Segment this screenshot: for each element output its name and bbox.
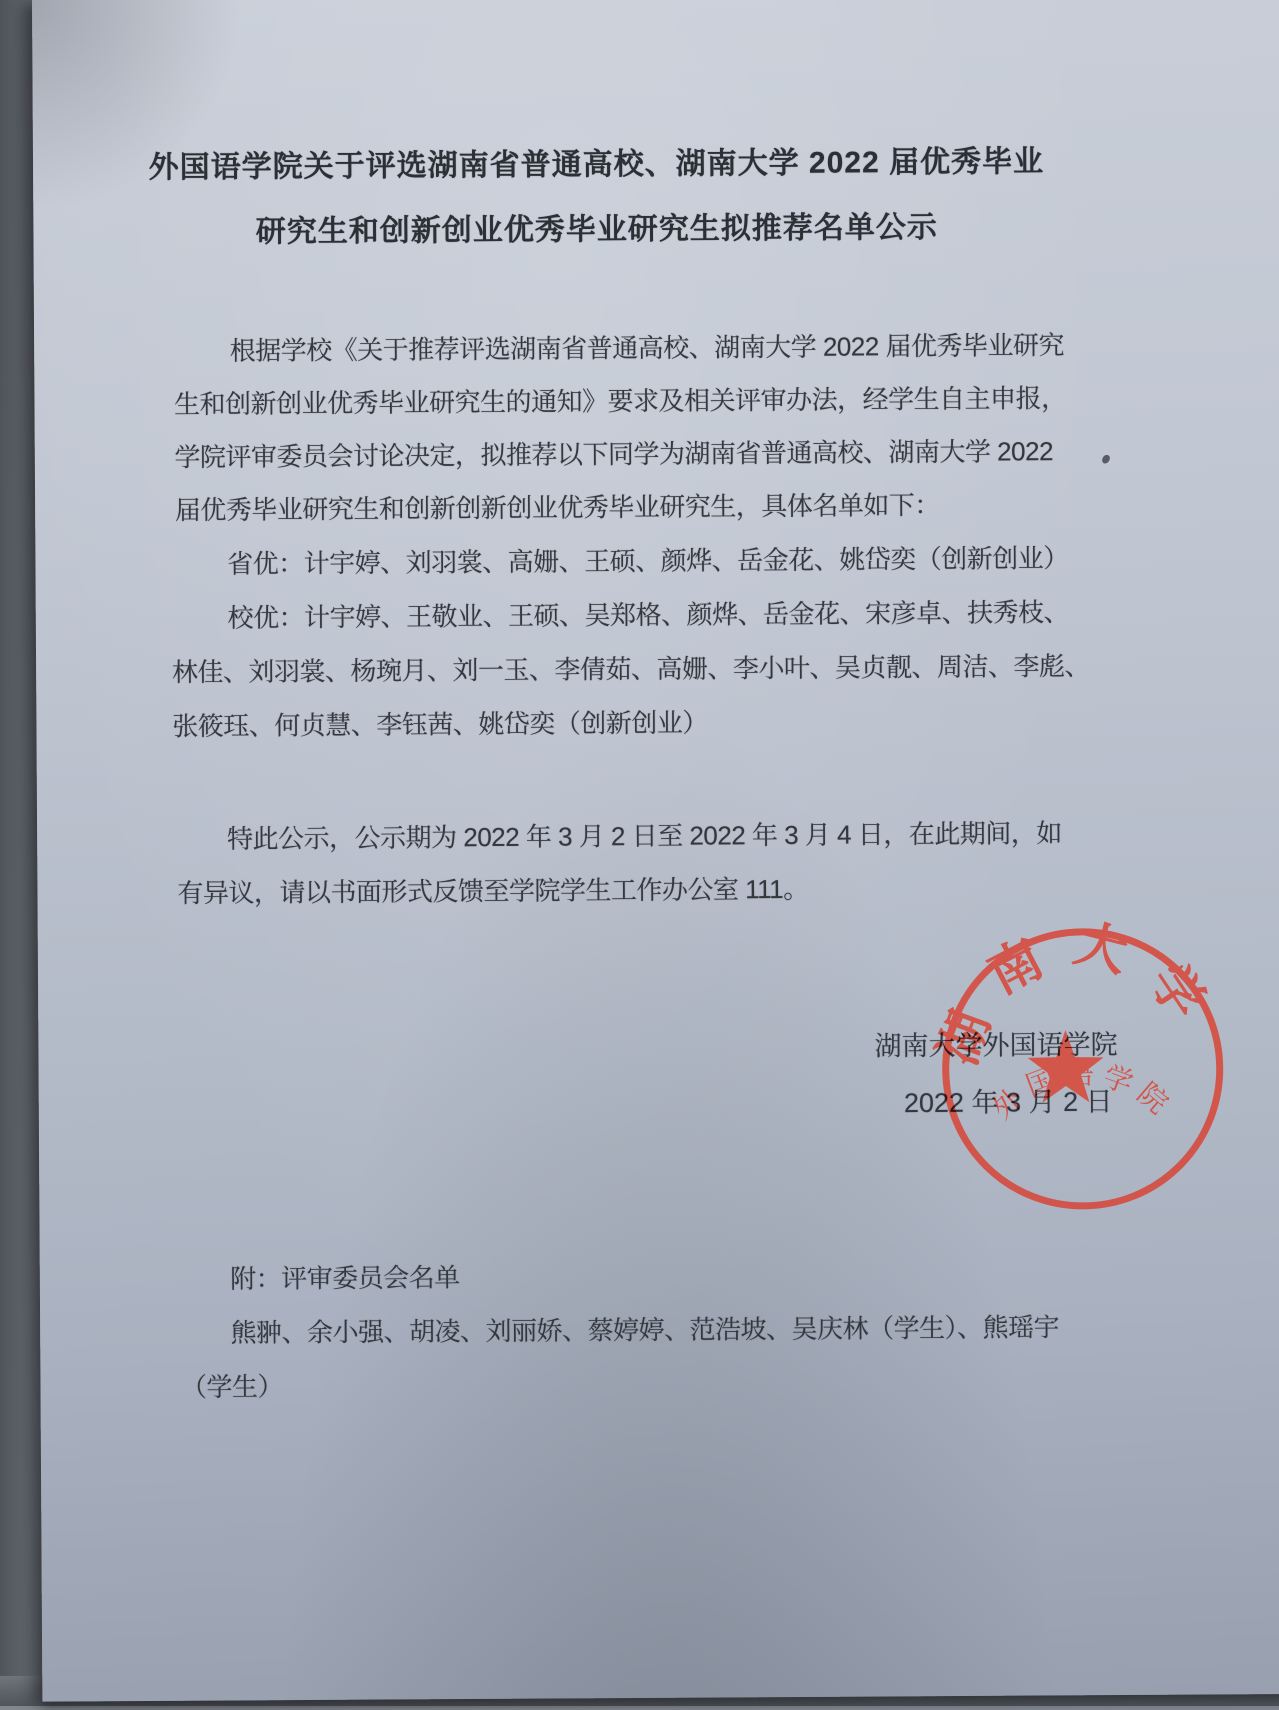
document-content: 外国语学院关于评选湖南省普通高校、湖南大学 2022 届优秀毕业 研究生和创新创… xyxy=(0,0,1279,1706)
title-line-2: 研究生和创新创业优秀毕业研究生拟推荐名单公示 xyxy=(107,194,1087,266)
photo-background: 外国语学院关于评选湖南省普通高校、湖南大学 2022 届优秀毕业 研究生和创新创… xyxy=(0,0,1279,1706)
official-seal: 湖南大学 外国语学院 xyxy=(932,918,1234,1220)
body-line: 生和创新创业优秀毕业研究生的通知》要求及相关评审办法，经学生自主申报， xyxy=(174,378,1067,421)
title-line-1: 外国语学院关于评选湖南省普通高校、湖南大学 2022 届优秀毕业 xyxy=(106,129,1086,201)
svg-text:湖南大学: 湖南大学 xyxy=(932,918,1229,1073)
body-line: 学院评审委员会讨论决定，拟推荐以下同学为湖南省普通高校、湖南大学 2022 xyxy=(174,431,1053,474)
body-line: 根据学校《关于推荐评选湖南省普通高校、湖南大学 2022 届优秀毕业研究 xyxy=(230,325,1065,368)
school-list-line: 林佳、刘羽裳、杨琬月、刘一玉、李倩茹、高姗、李小叶、吴贞靓、周洁、李彪、 xyxy=(172,646,1090,689)
school-list-line: 张筱珏、何贞慧、李钰茜、姚岱奕（创新创业） xyxy=(172,703,708,744)
ink-speck xyxy=(1101,454,1111,465)
committee-names-line: （学生） xyxy=(181,1367,283,1405)
notice-line: 特此公示，公示期为 2022 年 3 月 2 日至 2022 年 3 月 4 日… xyxy=(227,813,1062,856)
province-list-line: 省优：计宇婷、刘羽裳、高姗、王硕、颜烨、岳金花、姚岱奕（创新创业） xyxy=(227,538,1069,581)
seal-arc-top-text: 湖南大学 xyxy=(932,918,1229,1073)
appendix-heading: 附：评审委员会名单 xyxy=(230,1257,460,1296)
school-list-line: 校优：计宇婷、王敬业、王硕、吴郑格、颜烨、岳金花、宋彦卓、扶秀枝、 xyxy=(227,592,1069,635)
committee-names-line: 熊翀、余小强、胡凌、刘丽娇、蔡婷婷、范浩坡、吴庆林（学生）、熊瑶宇 xyxy=(230,1307,1059,1350)
document-title: 外国语学院关于评选湖南省普通高校、湖南大学 2022 届优秀毕业 研究生和创新创… xyxy=(106,129,1087,266)
body-line: 届优秀毕业研究生和创新创新创业优秀毕业研究生，具体名单如下： xyxy=(175,485,940,527)
notice-line: 有异议，请以书面形式反馈至学院学生工作办公室 111。 xyxy=(177,869,808,910)
